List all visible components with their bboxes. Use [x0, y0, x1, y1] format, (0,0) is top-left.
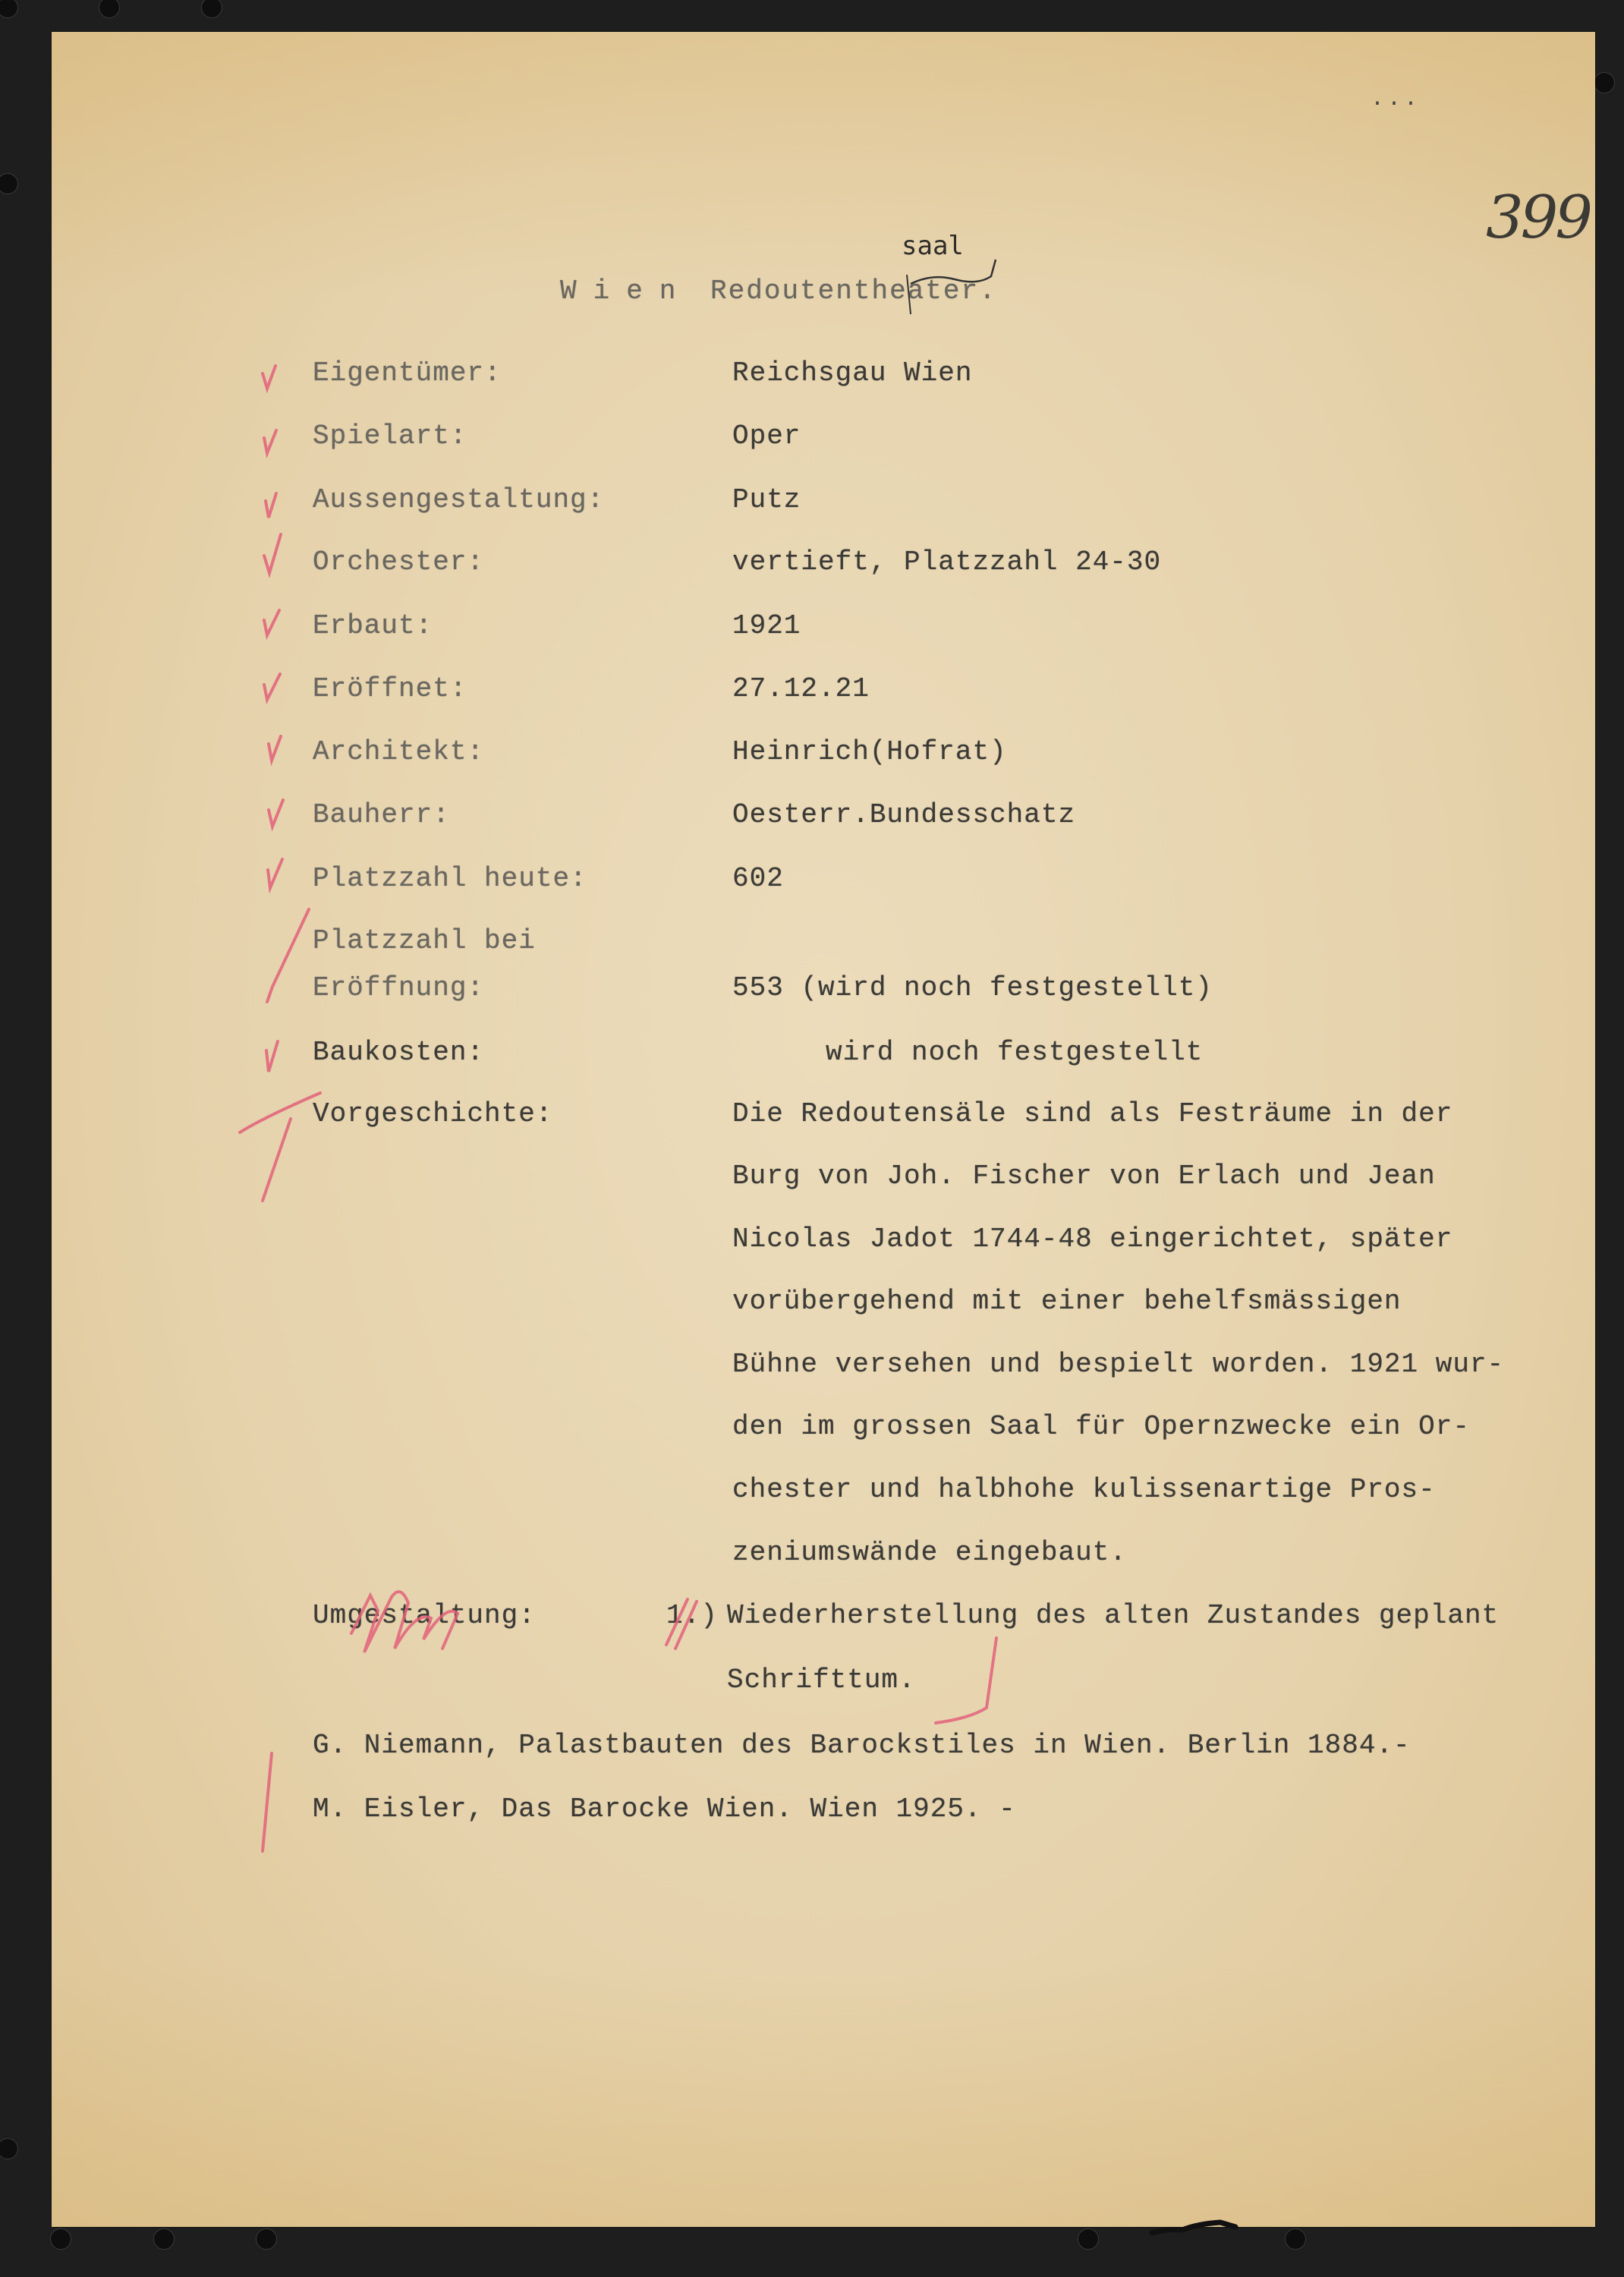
check-icon: [266, 493, 276, 518]
check-icon: [264, 430, 276, 453]
punch-hole: [0, 0, 18, 18]
red-pencil-annotations: [52, 32, 1595, 2227]
punch-hole: [0, 173, 18, 194]
document-page: ... 399 Wien Redoutentheater. saal Eigen…: [52, 32, 1595, 2227]
punch-hole: [153, 2228, 175, 2250]
check-icon: [264, 674, 280, 700]
check-icon: [269, 736, 281, 761]
check-icon: [269, 800, 283, 827]
punch-hole: [201, 0, 222, 18]
punch-hole: [256, 2228, 277, 2250]
check-icon: [264, 610, 279, 635]
check-icon: [267, 909, 309, 1002]
check-icon: [263, 1119, 291, 1201]
punch-hole: [1285, 2228, 1306, 2250]
check-icon: [268, 859, 282, 888]
punch-hole: [0, 2138, 18, 2159]
punch-hole: [1078, 2228, 1099, 2250]
ink-smudge: [1152, 2216, 1243, 2247]
punch-hole: [1594, 72, 1615, 93]
strikeout-icon: [666, 1599, 688, 1645]
check-icon: [263, 366, 275, 389]
strikeout-icon: [351, 1592, 458, 1652]
punch-hole: [99, 0, 120, 18]
strikeout-icon: [675, 1601, 697, 1649]
check-icon: [266, 1041, 278, 1072]
check-icon: [263, 1753, 272, 1851]
check-icon: [264, 534, 281, 573]
check-icon: [240, 1093, 320, 1132]
check-icon: [936, 1638, 996, 1723]
punch-hole: [50, 2228, 71, 2250]
